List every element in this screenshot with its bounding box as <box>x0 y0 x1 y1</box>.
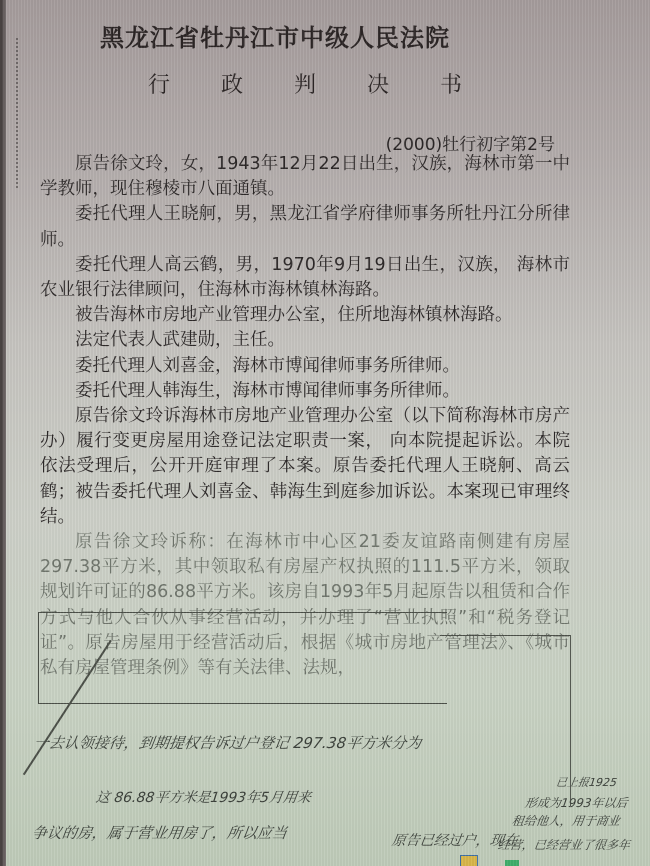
taskbar-app-icon <box>460 855 478 866</box>
agent-paragraph-1: 委托代理人王晓舸，男，黑龙江省学府律师事务所牡丹江分所律师。 <box>40 202 570 252</box>
screen-bezel <box>0 0 6 866</box>
legal-representative-paragraph: 法定代表人武建勋，主任。 <box>40 328 570 353</box>
handwritten-note-1: 一去认领接待，到期提权告诉过户登记 297.38平方米分为 <box>33 732 423 753</box>
handwritten-note-6: 形成为1993年以后 <box>524 794 629 811</box>
document-title: 行 政 判 决 书 <box>148 68 484 99</box>
judgment-body: 原告徐文玲，女，1943年12月22日出生，汉族，海林市第一中学教师，现住穆棱市… <box>40 152 570 681</box>
defendant-paragraph: 被告海林市房地产业管理办公室，住所地海林镇林海路。 <box>40 303 570 328</box>
document-photo: 黑龙江省牡丹江市中级人民法院 行 政 判 决 书 (2000)牡行初字第2号 原… <box>0 0 650 866</box>
court-name: 黑龙江省牡丹江市中级人民法院 <box>100 18 530 53</box>
handwritten-note-8: 经营，已经营业了很多年 <box>497 836 631 853</box>
plaintiff-claim-paragraph: 原告徐文玲诉称：在海林市中心区21委友谊路南侧建有房屋297.38平方米，其中领… <box>40 530 570 681</box>
handwritten-note-3: 争议的房，属于营业用房了，所以应当 <box>31 822 289 843</box>
plaintiff-paragraph: 原告徐文玲，女，1943年12月22日出生，汉族，海林市第一中学教师，现住穆棱市… <box>40 152 570 202</box>
handwritten-note-7: 租给他人，用于商业 <box>511 812 621 829</box>
defendant-agent-paragraph-1: 委托代理人刘喜金，海林市博闻律师事务所律师。 <box>40 354 570 379</box>
defendant-agent-paragraph-2: 委托代理人韩海生，海林市博闻律师事务所律师。 <box>40 379 570 404</box>
handwritten-note-2: 这 86.88平方米是1993年5月用来 <box>95 787 313 807</box>
taskbar-indicator-icon <box>505 860 519 866</box>
handwritten-note-5: 已上报1925 <box>555 774 618 790</box>
binding-marks <box>16 38 21 188</box>
case-summary-paragraph: 原告徐文玲诉海林市房地产业管理办公室（以下简称海林市房产办）履行变更房屋用途登记… <box>40 404 570 530</box>
agent-paragraph-2: 委托代理人高云鹤，男，1970年9月19日出生，汉族， 海林市农业银行法律顾问，… <box>40 253 570 303</box>
